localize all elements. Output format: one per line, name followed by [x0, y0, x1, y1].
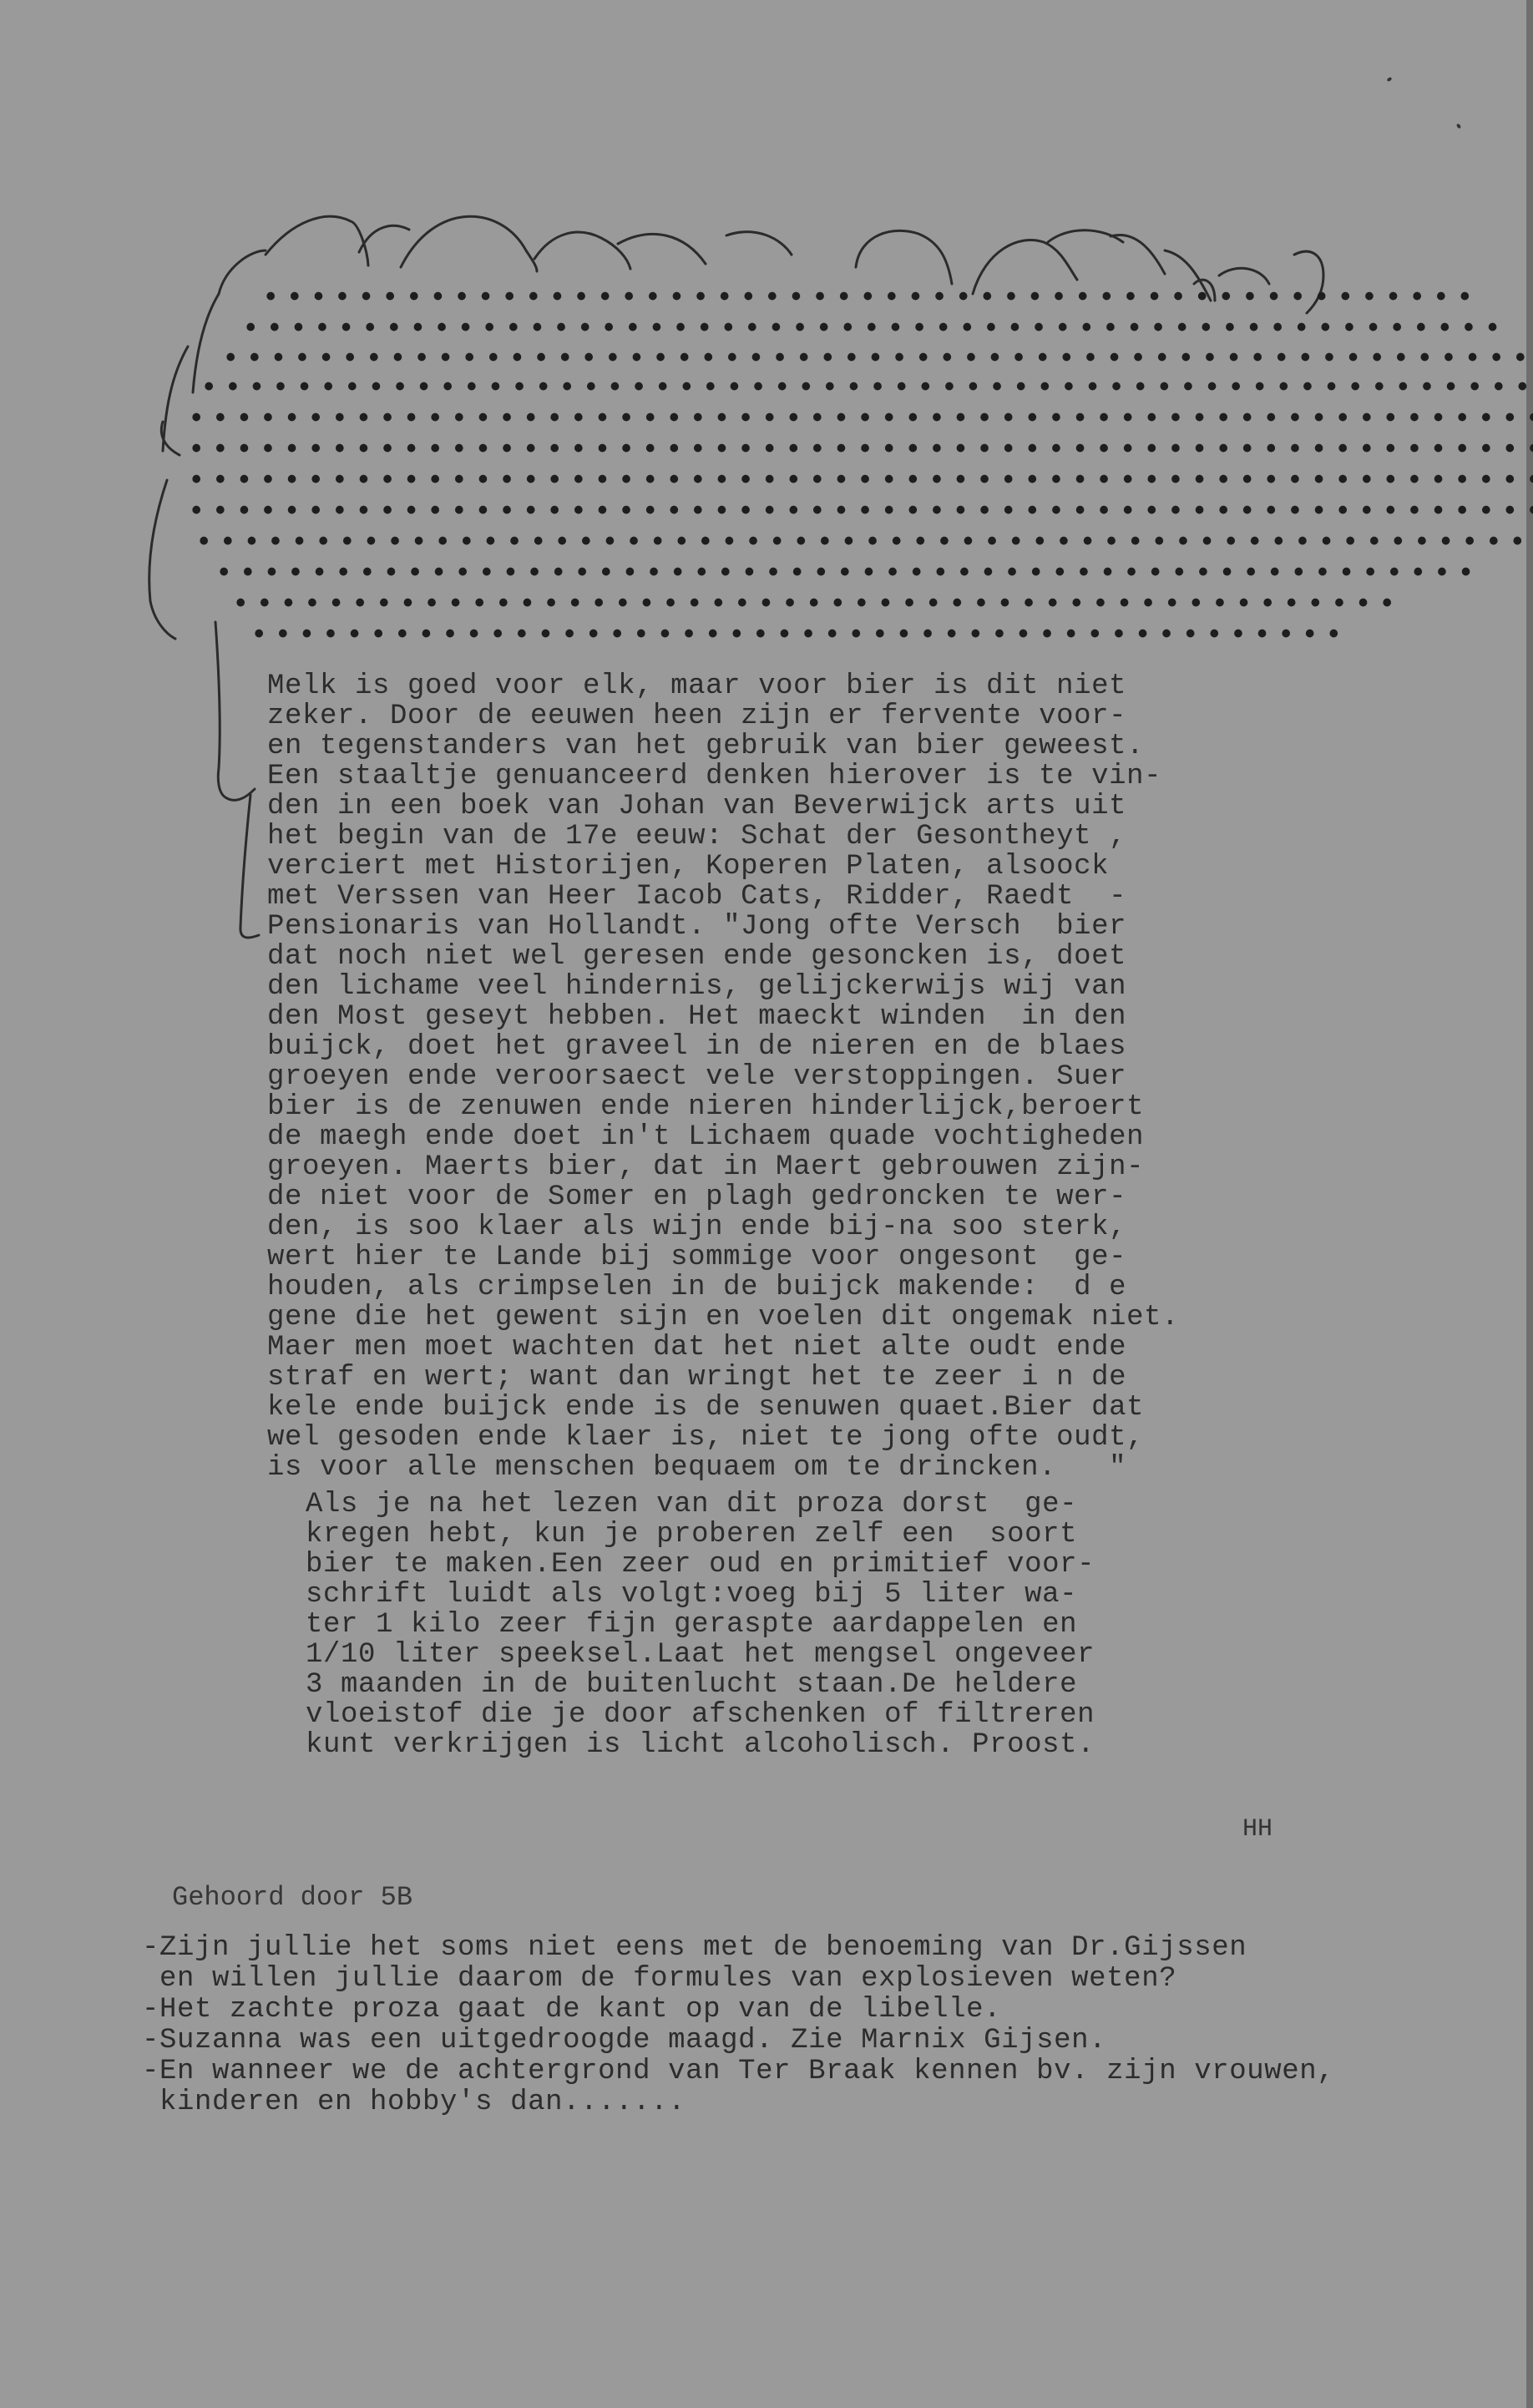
- author-signature: HH: [1242, 1815, 1272, 1844]
- dotted-row: ••••••••••••••••••••••••••••••••••••••••…: [195, 535, 1533, 552]
- ink-speck: [1456, 123, 1462, 129]
- dotted-row: ••••••••••••••••••••••••••••••••••••••••…: [262, 291, 1480, 307]
- text-line: buijck, doet het graveel in de nieren en…: [267, 1032, 1126, 1062]
- text-line: den in een boek van Johan van Beverwijck…: [267, 792, 1126, 822]
- text-line: 1/10 liter speeksel.Laat het mengsel ong…: [306, 1640, 1095, 1670]
- overheard-line: -Zijn jullie het soms niet eens met de b…: [142, 1933, 1247, 1963]
- text-line: het begin van de 17e eeuw: Schat der Ges…: [267, 822, 1126, 852]
- text-line: verciert met Historijen, Koperen Platen,…: [267, 852, 1109, 882]
- text-line: gene die het gewent sijn en voelen dit o…: [267, 1303, 1179, 1333]
- text-line: den, is soo klaer als wijn ende bij-na s…: [267, 1212, 1126, 1242]
- text-line: en tegenstanders van het gebruik van bie…: [267, 731, 1144, 761]
- ink-speck: [1386, 77, 1392, 83]
- dotted-row: ••••••••••••••••••••••••••••••••••••••••…: [250, 628, 1349, 645]
- overheard-line: -Suzanna was een uitgedroogde maagd. Zie…: [142, 2026, 1106, 2056]
- text-line: houden, als crimpselen in de buijck make…: [267, 1272, 1126, 1303]
- text-line: den lichame veel hindernis, gelijckerwij…: [267, 972, 1126, 1002]
- text-line: ter 1 kilo zeer fijn geraspte aardappele…: [306, 1610, 1077, 1640]
- text-line: 3 maanden in de buitenlucht staan.De hel…: [306, 1670, 1077, 1700]
- dotted-row: ••••••••••••••••••••••••••••••••••••••••…: [188, 504, 1533, 521]
- text-line: Melk is goed voor elk, maar voor bier is…: [267, 671, 1126, 701]
- dotted-row: ••••••••••••••••••••••••••••••••••••••••…: [188, 412, 1533, 428]
- text-line: vloeistof die je door afschenken of filt…: [306, 1700, 1095, 1730]
- text-line: de maegh ende doet in't Lichaem quade vo…: [267, 1122, 1144, 1152]
- text-line: zeker. Door de eeuwen heen zijn er ferve…: [267, 701, 1126, 731]
- dotted-row: ••••••••••••••••••••••••••••••••••••••••…: [200, 381, 1533, 397]
- text-line: Maer men moet wachten dat het niet alte …: [267, 1333, 1126, 1363]
- text-line: de niet voor de Somer en plagh gedroncke…: [267, 1182, 1126, 1212]
- text-line: Een staaltje genuanceerd denken hierover…: [267, 761, 1161, 792]
- text-line: den Most geseyt hebben. Het maeckt winde…: [267, 1002, 1126, 1032]
- text-line: wel gesoden ende klaer is, niet te jong …: [267, 1423, 1144, 1453]
- text-line: groeyen ende veroorsaect vele verstoppin…: [267, 1062, 1126, 1092]
- dotted-row: ••••••••••••••••••••••••••••••••••••••••…: [232, 597, 1403, 614]
- text-line: met Verssen van Heer Iacob Cats, Ridder,…: [267, 882, 1126, 912]
- text-line: wert hier te Lande bij sommige voor onge…: [267, 1242, 1126, 1272]
- section-title: Gehoord door 5B: [172, 1882, 412, 1913]
- text-line: kunt verkrijgen is licht alcoholisch. Pr…: [306, 1730, 1095, 1760]
- text-line: kregen hebt, kun je proberen zelf een so…: [306, 1520, 1077, 1550]
- dotted-row: ••••••••••••••••••••••••••••••••••••••••…: [222, 352, 1533, 368]
- overheard-line: en willen jullie daarom de formules van …: [142, 1964, 1176, 1994]
- text-line: groeyen. Maerts bier, dat in Maert gebro…: [267, 1152, 1144, 1182]
- text-line: bier is de zenuwen ende nieren hinderlij…: [267, 1092, 1144, 1122]
- text-line: dat noch niet wel geresen ende gesoncken…: [267, 942, 1126, 972]
- text-line: Als je na het lezen van dit proza dorst …: [306, 1490, 1077, 1520]
- text-line: is voor alle menschen bequaem om te drin…: [267, 1453, 1126, 1483]
- text-line: straf en wert; want dan wringt het te ze…: [267, 1363, 1126, 1393]
- text-line: schrift luidt als volgt:voeg bij 5 liter…: [306, 1580, 1077, 1610]
- overheard-line: kinderen en hobby's dan.......: [142, 2087, 686, 2117]
- overheard-line: -En wanneer we de achtergrond van Ter Br…: [142, 2056, 1334, 2087]
- dotted-row: ••••••••••••••••••••••••••••••••••••••••…: [188, 443, 1533, 459]
- overheard-line: -Het zachte proza gaat de kant op van de…: [142, 1995, 1001, 2025]
- dotted-row: ••••••••••••••••••••••••••••••••••••••••…: [242, 321, 1508, 338]
- text-line: Pensionaris van Hollandt. "Jong ofte Ver…: [267, 912, 1126, 942]
- text-line: bier te maken.Een zeer oud en primitief …: [306, 1550, 1095, 1580]
- dotted-row: ••••••••••••••••••••••••••••••••••••••••…: [215, 566, 1481, 583]
- dotted-row: ••••••••••••••••••••••••••••••••••••••••…: [188, 473, 1533, 490]
- text-line: kele ende buijck ende is de senuwen quae…: [267, 1393, 1144, 1423]
